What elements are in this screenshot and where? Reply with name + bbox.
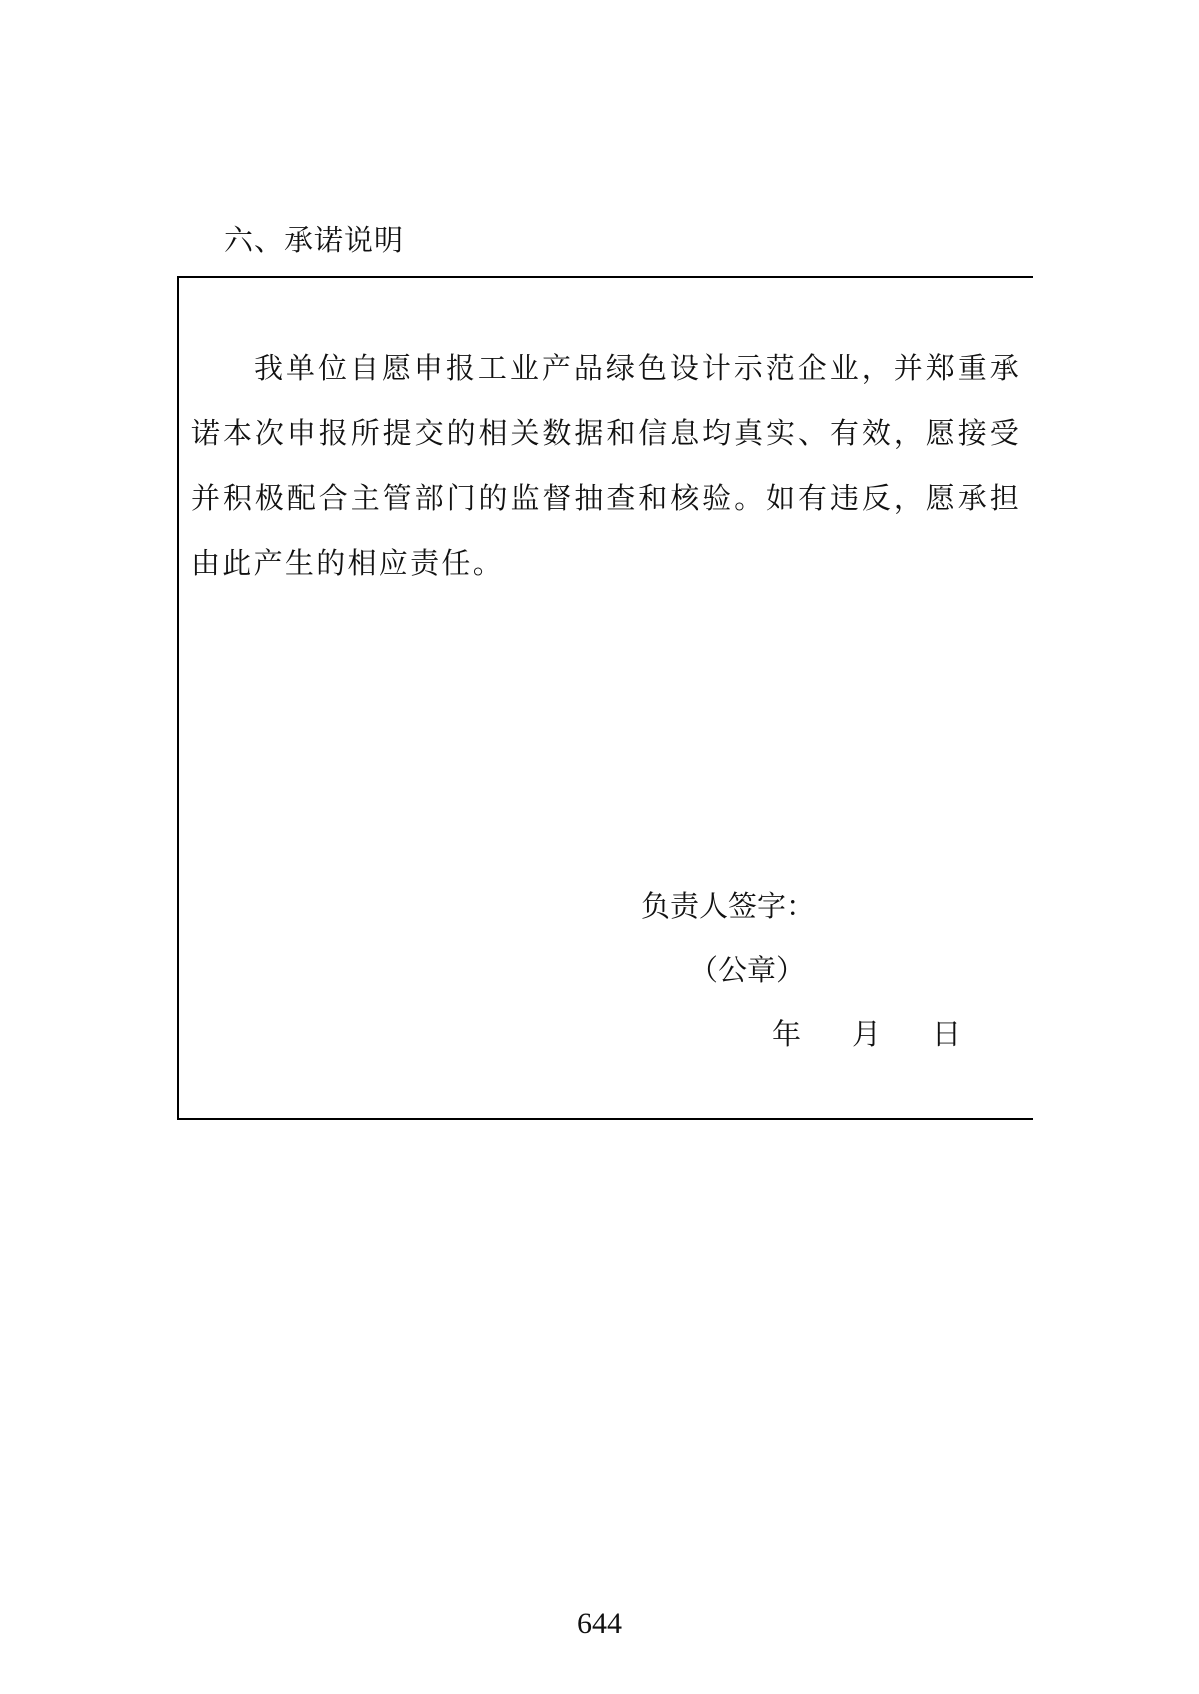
signature-label: 负责人签字：	[641, 888, 815, 924]
date-line: 年 月 日	[772, 1016, 972, 1052]
section-heading: 六、承诺说明	[224, 222, 404, 258]
pledge-paragraph: 我单位自愿申报工业产品绿色设计示范企业，并郑重承诺本次申报所提交的相关数据和信息…	[191, 336, 1021, 596]
seal-label: （公章）	[689, 952, 805, 988]
pledge-box: 我单位自愿申报工业产品绿色设计示范企业，并郑重承诺本次申报所提交的相关数据和信息…	[177, 276, 1033, 1120]
date-year-label: 年	[772, 1016, 852, 1052]
date-day-label: 日	[932, 1016, 972, 1052]
date-month-label: 月	[852, 1016, 932, 1052]
page-number: 644	[0, 1606, 1199, 1642]
